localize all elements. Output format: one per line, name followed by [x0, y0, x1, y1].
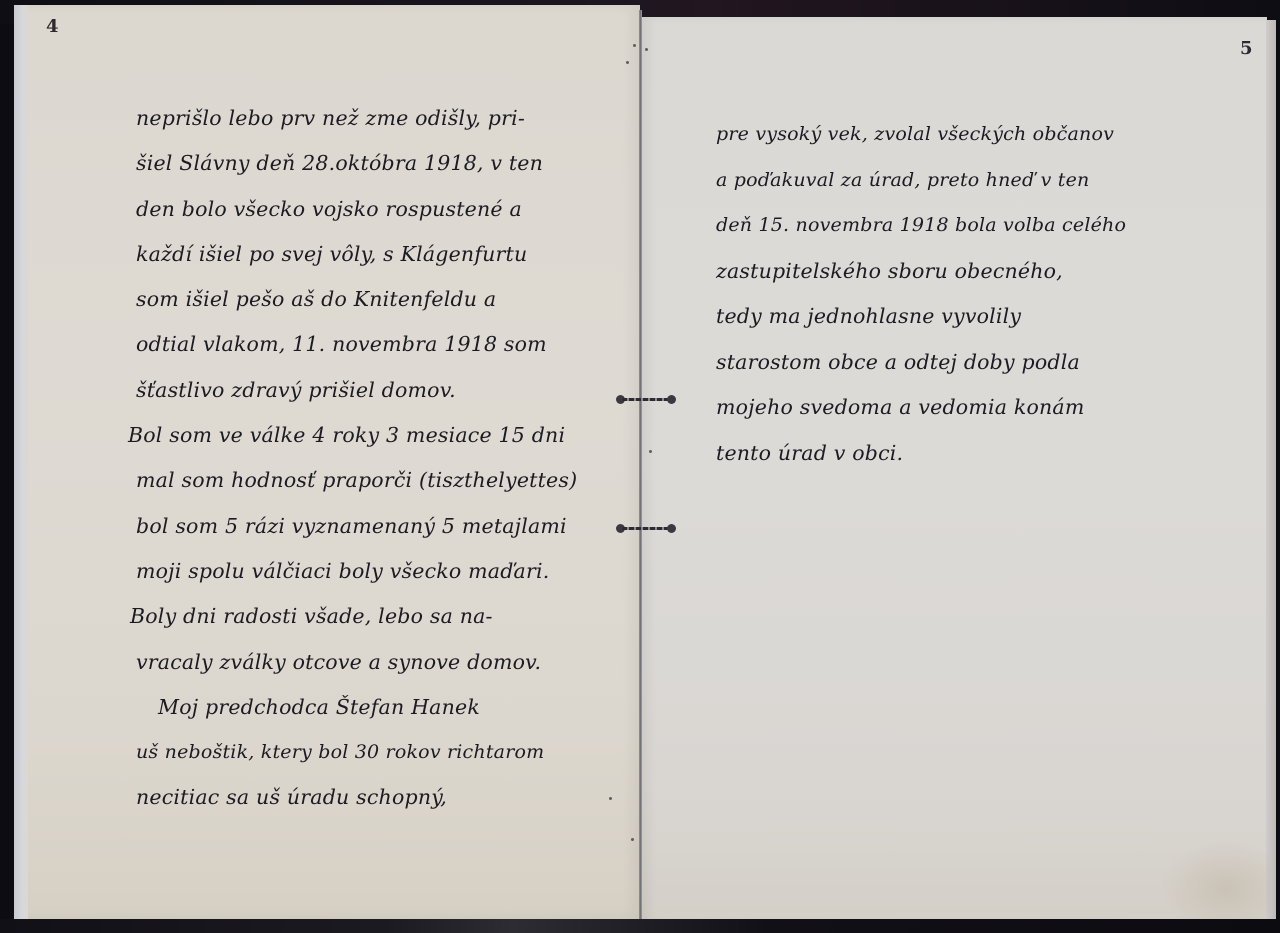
text-line: mal som hodnosť praporči (tiszthelyettes…: [136, 462, 606, 507]
paper-stain: [1160, 840, 1270, 920]
left-page-number: 4: [46, 16, 59, 37]
text-line: a poďakuval za úrad, preto hneď v ten: [716, 162, 1166, 208]
text-line: bol som 5 rázi vyznamenaný 5 metajlami: [136, 508, 606, 553]
text-line: starostom obce a odtej doby podla: [716, 344, 1166, 390]
stitch-thread: [622, 527, 670, 530]
background-bottom: [0, 919, 1280, 933]
paper-speck: [649, 450, 652, 453]
text-line: Bol som ve válke 4 roky 3 mesiace 15 dni: [128, 417, 606, 462]
text-line: deň 15. novembra 1918 bola volba celého: [716, 207, 1166, 253]
stitch-knot-icon: [667, 395, 676, 404]
text-line: moji spolu válčiaci boly všecko maďari.: [136, 553, 606, 598]
text-line: pre vysoký vek, zvolal všeckých občanov: [716, 116, 1166, 162]
text-line: som išiel pešo aš do Knitenfeldu a: [136, 281, 606, 326]
text-line: šiel Slávny deň 28.októbra 1918, v ten: [136, 145, 606, 190]
text-line: mojeho svedoma a vedomia konám: [716, 389, 1166, 435]
stitch-thread: [622, 398, 670, 401]
stitch-knot-icon: [667, 524, 676, 533]
text-line: zastupitelského sboru obecného,: [716, 253, 1166, 299]
right-page-edge: [1266, 20, 1276, 920]
left-page-edge: [14, 5, 28, 919]
paper-speck: [626, 61, 629, 64]
book-gutter: [639, 10, 642, 925]
text-line: vracaly zválky otcove a synove domov.: [136, 644, 606, 689]
right-page-text: pre vysoký vek, zvolal všeckých občanov …: [716, 116, 1166, 480]
text-line: odtial vlakom, 11. novembra 1918 som: [136, 326, 606, 371]
paper-speck: [609, 797, 612, 800]
text-line: tedy ma jednohlasne vyvolily: [716, 298, 1166, 344]
text-line: tento úrad v obci.: [716, 435, 1166, 481]
text-line: neprišlo lebo prv než zme odišly, pri-: [136, 100, 606, 145]
text-line: šťastlivo zdravý prišiel domov.: [136, 372, 606, 417]
text-line: necitiac sa uš úradu schopný,: [136, 779, 606, 824]
paper-speck: [645, 48, 648, 51]
text-line: Moj predchodca Štefan Hanek: [136, 689, 606, 734]
text-line: uš neboštik, ktery bol 30 rokov richtaro…: [136, 734, 606, 779]
open-book: 4 5 neprišlo lebo prv než zme odišly, pr…: [0, 0, 1280, 933]
binding-stitch-top: [616, 394, 676, 404]
paper-speck: [633, 44, 636, 47]
binding-stitch-bottom: [616, 523, 676, 533]
right-page-number: 5: [1240, 38, 1253, 59]
left-page-text: neprišlo lebo prv než zme odišly, pri- š…: [136, 100, 606, 825]
paper-speck: [631, 838, 634, 841]
text-line: den bolo všecko vojsko rospustené a: [136, 191, 606, 236]
text-line: Boly dni radosti všade, lebo sa na-: [130, 598, 606, 643]
text-line: každí išiel po svej vôly, s Klágenfurtu: [136, 236, 606, 281]
